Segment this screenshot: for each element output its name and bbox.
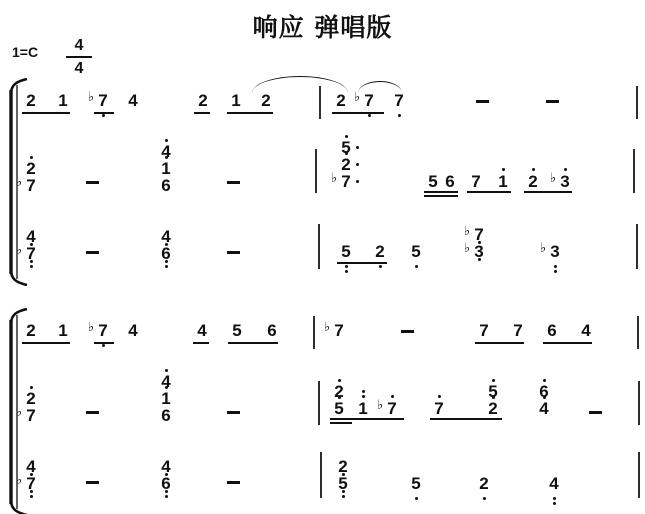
jianpu-note: 4: [196, 322, 208, 339]
jianpu-note: 2: [260, 92, 272, 109]
chord-note: 4: [160, 228, 172, 245]
beam-underline: [94, 112, 114, 114]
note-digit: 7: [98, 91, 107, 110]
octave-dot-above: [532, 168, 535, 171]
beam-underline: [193, 342, 209, 344]
chord-note: 3♭: [473, 243, 485, 260]
octave-dot-above: [165, 386, 168, 389]
octave-dot-above: [564, 168, 567, 171]
jianpu-note: 7: [512, 322, 524, 339]
jianpu-note: 2: [197, 92, 209, 109]
slur-arc: [358, 81, 402, 93]
octave-dot-below: [554, 265, 557, 268]
octave-dot-above: [502, 168, 505, 171]
jianpu-chord: 416: [160, 143, 172, 194]
octave-dot-below: [415, 497, 418, 500]
jianpu-note: 2: [478, 475, 490, 492]
octave-dot-below: [102, 114, 105, 117]
note-digit: 6: [547, 321, 556, 340]
jianpu-note: 2: [25, 92, 37, 109]
beam-underline: [94, 342, 114, 344]
beam-underline: [424, 195, 458, 197]
note-digit: 2: [26, 91, 35, 110]
beam-underline: [543, 342, 592, 344]
barline: [313, 316, 315, 349]
octave-dot-above: [492, 379, 495, 382]
augmentation-dot: [356, 163, 359, 166]
flat-sign: ♭: [464, 222, 470, 239]
note-digit: 6: [161, 176, 170, 195]
jianpu-note: 2: [25, 322, 37, 339]
jianpu-note: 7: [470, 173, 482, 190]
chord-note: 6: [160, 245, 172, 262]
sheet-music-page: 响应 弹唱版 1=C 4 4 217♭421227♭727♭416527♭567…: [0, 0, 645, 514]
jianpu-chord: 527♭: [340, 139, 352, 190]
note-digit: 1: [58, 91, 67, 110]
chord-note: 4: [25, 458, 37, 475]
note-digit: 7: [26, 176, 35, 195]
flat-sign: ♭: [331, 169, 337, 186]
octave-dot-below: [345, 265, 348, 268]
chord-note: 4: [538, 400, 550, 417]
jianpu-chord: 64: [538, 383, 550, 417]
chord-note: 7♭: [340, 173, 352, 190]
octave-dot-below: [30, 490, 33, 493]
chord-note: 2: [337, 458, 349, 475]
note-digit: 5: [411, 474, 420, 493]
jianpu-chord: 27♭: [25, 390, 37, 424]
octave-dot-below: [30, 265, 33, 268]
octave-dot-above: [345, 135, 348, 138]
jianpu-note: 4: [127, 322, 139, 339]
chord-note: 2: [25, 160, 37, 177]
note-digit: 5: [232, 321, 241, 340]
note-digit: 5: [428, 172, 437, 191]
flat-sign: ♭: [16, 173, 22, 190]
octave-dot-above: [30, 156, 33, 159]
octave-dot-above: [492, 396, 495, 399]
jianpu-note: 5: [410, 475, 422, 492]
octave-dot-below: [165, 265, 168, 268]
chord-note: 7♭: [25, 475, 37, 492]
note-digit: 7: [387, 399, 396, 418]
barline: [319, 86, 321, 119]
flat-sign: ♭: [324, 318, 330, 335]
note-digit: 7: [26, 406, 35, 425]
beam-underline: [337, 262, 387, 264]
octave-dot-below: [483, 497, 486, 500]
note-digit: 1: [358, 399, 367, 418]
jianpu-note: 5: [427, 173, 439, 190]
flat-sign: ♭: [88, 318, 94, 335]
octave-dot-above: [165, 156, 168, 159]
chord-note: 2: [340, 156, 352, 173]
jianpu-note: 1: [497, 173, 509, 190]
jianpu-note: 1: [57, 92, 69, 109]
note-digit: 2: [26, 321, 35, 340]
octave-dot-above: [338, 396, 341, 399]
note-digit: 1: [58, 321, 67, 340]
octave-dot-above: [165, 369, 168, 372]
jianpu-note: 3♭: [549, 243, 561, 260]
octave-dot-below: [102, 344, 105, 347]
octave-dot-below: [30, 495, 33, 498]
slur-arc: [252, 76, 348, 93]
chord-note: 5: [337, 475, 349, 492]
octave-dot-above: [362, 390, 365, 393]
note-digit: 7: [341, 172, 350, 191]
augmentation-dot: [356, 180, 359, 183]
octave-dot-above: [543, 396, 546, 399]
flat-sign: ♭: [377, 396, 383, 413]
jianpu-note: 7: [478, 322, 490, 339]
jianpu-note: 1: [57, 322, 69, 339]
chord-note: 7♭: [25, 177, 37, 194]
octave-dot-below: [30, 260, 33, 263]
note-digit: 4: [128, 321, 137, 340]
note-digit: 7: [98, 321, 107, 340]
dash-rest: [227, 181, 240, 184]
dash-rest: [227, 251, 240, 254]
note-digit: 6: [267, 321, 276, 340]
octave-dot-below: [553, 502, 556, 505]
octave-dot-below: [398, 114, 401, 117]
note-digit: 5: [341, 242, 350, 261]
octave-dot-below: [554, 270, 557, 273]
chord-note: 7♭: [25, 407, 37, 424]
barline: [318, 381, 320, 425]
note-digit: 7: [479, 321, 488, 340]
jianpu-chord: 7♭3♭: [473, 226, 485, 260]
dash-rest: [86, 181, 99, 184]
note-digit: 4: [128, 91, 137, 110]
dash-rest: [589, 411, 602, 414]
flat-sign: ♭: [464, 239, 470, 256]
octave-dot-below: [415, 265, 418, 268]
note-digit: 4: [581, 321, 590, 340]
chord-note: 2: [25, 390, 37, 407]
note-digit: 2: [375, 242, 384, 261]
beam-underline: [22, 342, 70, 344]
octave-dot-above: [165, 139, 168, 142]
flat-sign: ♭: [550, 169, 556, 186]
jianpu-chord: 27♭: [25, 160, 37, 194]
note-digit: 2: [479, 474, 488, 493]
note-digit: 7: [513, 321, 522, 340]
barline: [638, 452, 640, 498]
chord-note: 6: [160, 177, 172, 194]
jianpu-chord: 52: [487, 383, 499, 417]
octave-dot-below: [342, 495, 345, 498]
beam-underline: [475, 342, 524, 344]
note-digit: 7: [364, 91, 373, 110]
augmentation-dot: [356, 146, 359, 149]
beam-underline: [194, 112, 210, 114]
chord-note: 4: [160, 458, 172, 475]
barline: [636, 224, 638, 269]
barline: [320, 452, 322, 498]
note-digit: 6: [445, 172, 454, 191]
dash-rest: [227, 411, 240, 414]
chord-note: 1: [160, 160, 172, 177]
dash-rest: [86, 251, 99, 254]
dash-rest: [86, 411, 99, 414]
jianpu-note: 7: [393, 92, 405, 109]
barline: [315, 149, 317, 193]
barline: [318, 224, 320, 269]
barline: [637, 316, 639, 349]
jianpu-note: 3♭: [559, 173, 571, 190]
beam-underline: [227, 112, 273, 114]
note-digit: 4: [197, 321, 206, 340]
octave-dot-below: [553, 497, 556, 500]
octave-dot-below: [165, 495, 168, 498]
octave-dot-below: [478, 258, 481, 261]
note-digit: 4: [549, 474, 558, 493]
chord-note: 5: [333, 400, 345, 417]
note-digit: 5: [411, 242, 420, 261]
barline: [633, 149, 635, 193]
beam-underline: [330, 422, 352, 424]
barline: [636, 86, 638, 119]
dash-rest: [401, 330, 414, 333]
beam-underline: [424, 191, 458, 193]
octave-dot-above: [391, 395, 394, 398]
dash-rest: [227, 481, 240, 484]
jianpu-note: 7♭: [97, 322, 109, 339]
jianpu-chord: 47♭: [25, 228, 37, 262]
jianpu-note: 5: [340, 243, 352, 260]
beam-underline: [332, 112, 384, 114]
jianpu-note: 7♭: [333, 322, 345, 339]
octave-dot-below: [342, 490, 345, 493]
jianpu-note: 7♭: [386, 400, 398, 417]
chord-note: 6: [160, 407, 172, 424]
beam-underline: [524, 191, 572, 193]
note-digit: 7: [434, 399, 443, 418]
note-digit: 4: [539, 399, 548, 418]
jianpu-note: 7♭: [363, 92, 375, 109]
jianpu-chord: 25: [333, 383, 345, 417]
beam-underline: [330, 418, 404, 420]
octave-dot-below: [379, 265, 382, 268]
note-digit: 1: [231, 91, 240, 110]
jianpu-note: 2: [527, 173, 539, 190]
beam-underline: [22, 112, 70, 114]
barline: [638, 381, 640, 425]
jianpu-note: 4: [580, 322, 592, 339]
octave-dot-above: [362, 395, 365, 398]
chord-note: 2: [487, 400, 499, 417]
octave-dot-above: [543, 379, 546, 382]
dash-rest: [476, 100, 489, 103]
flat-sign: ♭: [16, 241, 22, 258]
chord-note: 4: [25, 228, 37, 245]
jianpu-note: 7: [433, 400, 445, 417]
octave-dot-below: [345, 270, 348, 273]
jianpu-note: 1: [230, 92, 242, 109]
jianpu-note: 7♭: [97, 92, 109, 109]
jianpu-note: 4: [548, 475, 560, 492]
jianpu-note: 2: [335, 92, 347, 109]
jianpu-note: 6: [266, 322, 278, 339]
flat-sign: ♭: [540, 239, 546, 256]
beam-underline: [430, 418, 502, 420]
chord-note: 7♭: [25, 245, 37, 262]
octave-dot-above: [438, 395, 441, 398]
note-digit: 7: [394, 91, 403, 110]
jianpu-chord: 46: [160, 458, 172, 492]
octave-dot-above: [30, 386, 33, 389]
octave-dot-below: [368, 114, 371, 117]
note-digit: 2: [198, 91, 207, 110]
jianpu-note: 6: [444, 173, 456, 190]
jianpu-note: 1: [357, 400, 369, 417]
beam-underline: [228, 342, 278, 344]
jianpu-note: 5: [410, 243, 422, 260]
jianpu-note: 5: [231, 322, 243, 339]
chord-note: 6: [160, 475, 172, 492]
jianpu-chord: 25: [337, 458, 349, 492]
octave-dot-below: [165, 490, 168, 493]
octave-dot-above: [338, 379, 341, 382]
score-canvas: 217♭421227♭727♭416527♭567123♭47♭465257♭3…: [0, 0, 645, 514]
note-digit: 7: [471, 172, 480, 191]
beam-underline: [467, 191, 511, 193]
note-digit: 1: [498, 172, 507, 191]
note-digit: 7: [334, 321, 343, 340]
note-digit: 2: [488, 399, 497, 418]
chord-note: 1: [160, 390, 172, 407]
note-digit: 2: [528, 172, 537, 191]
jianpu-note: 4: [127, 92, 139, 109]
jianpu-note: 6: [546, 322, 558, 339]
flat-sign: ♭: [16, 403, 22, 420]
octave-dot-above: [345, 152, 348, 155]
flat-sign: ♭: [16, 471, 22, 488]
flat-sign: ♭: [88, 88, 94, 105]
jianpu-chord: 47♭: [25, 458, 37, 492]
dash-rest: [86, 481, 99, 484]
jianpu-chord: 46: [160, 228, 172, 262]
note-digit: 2: [261, 91, 270, 110]
chord-note: 7♭: [473, 226, 485, 243]
dash-rest: [546, 100, 559, 103]
octave-dot-below: [165, 260, 168, 263]
note-digit: 5: [334, 399, 343, 418]
jianpu-chord: 416: [160, 373, 172, 424]
note-digit: 3: [550, 242, 559, 261]
note-digit: 6: [161, 406, 170, 425]
note-digit: 2: [336, 91, 345, 110]
note-digit: 3: [560, 172, 569, 191]
jianpu-note: 2: [374, 243, 386, 260]
